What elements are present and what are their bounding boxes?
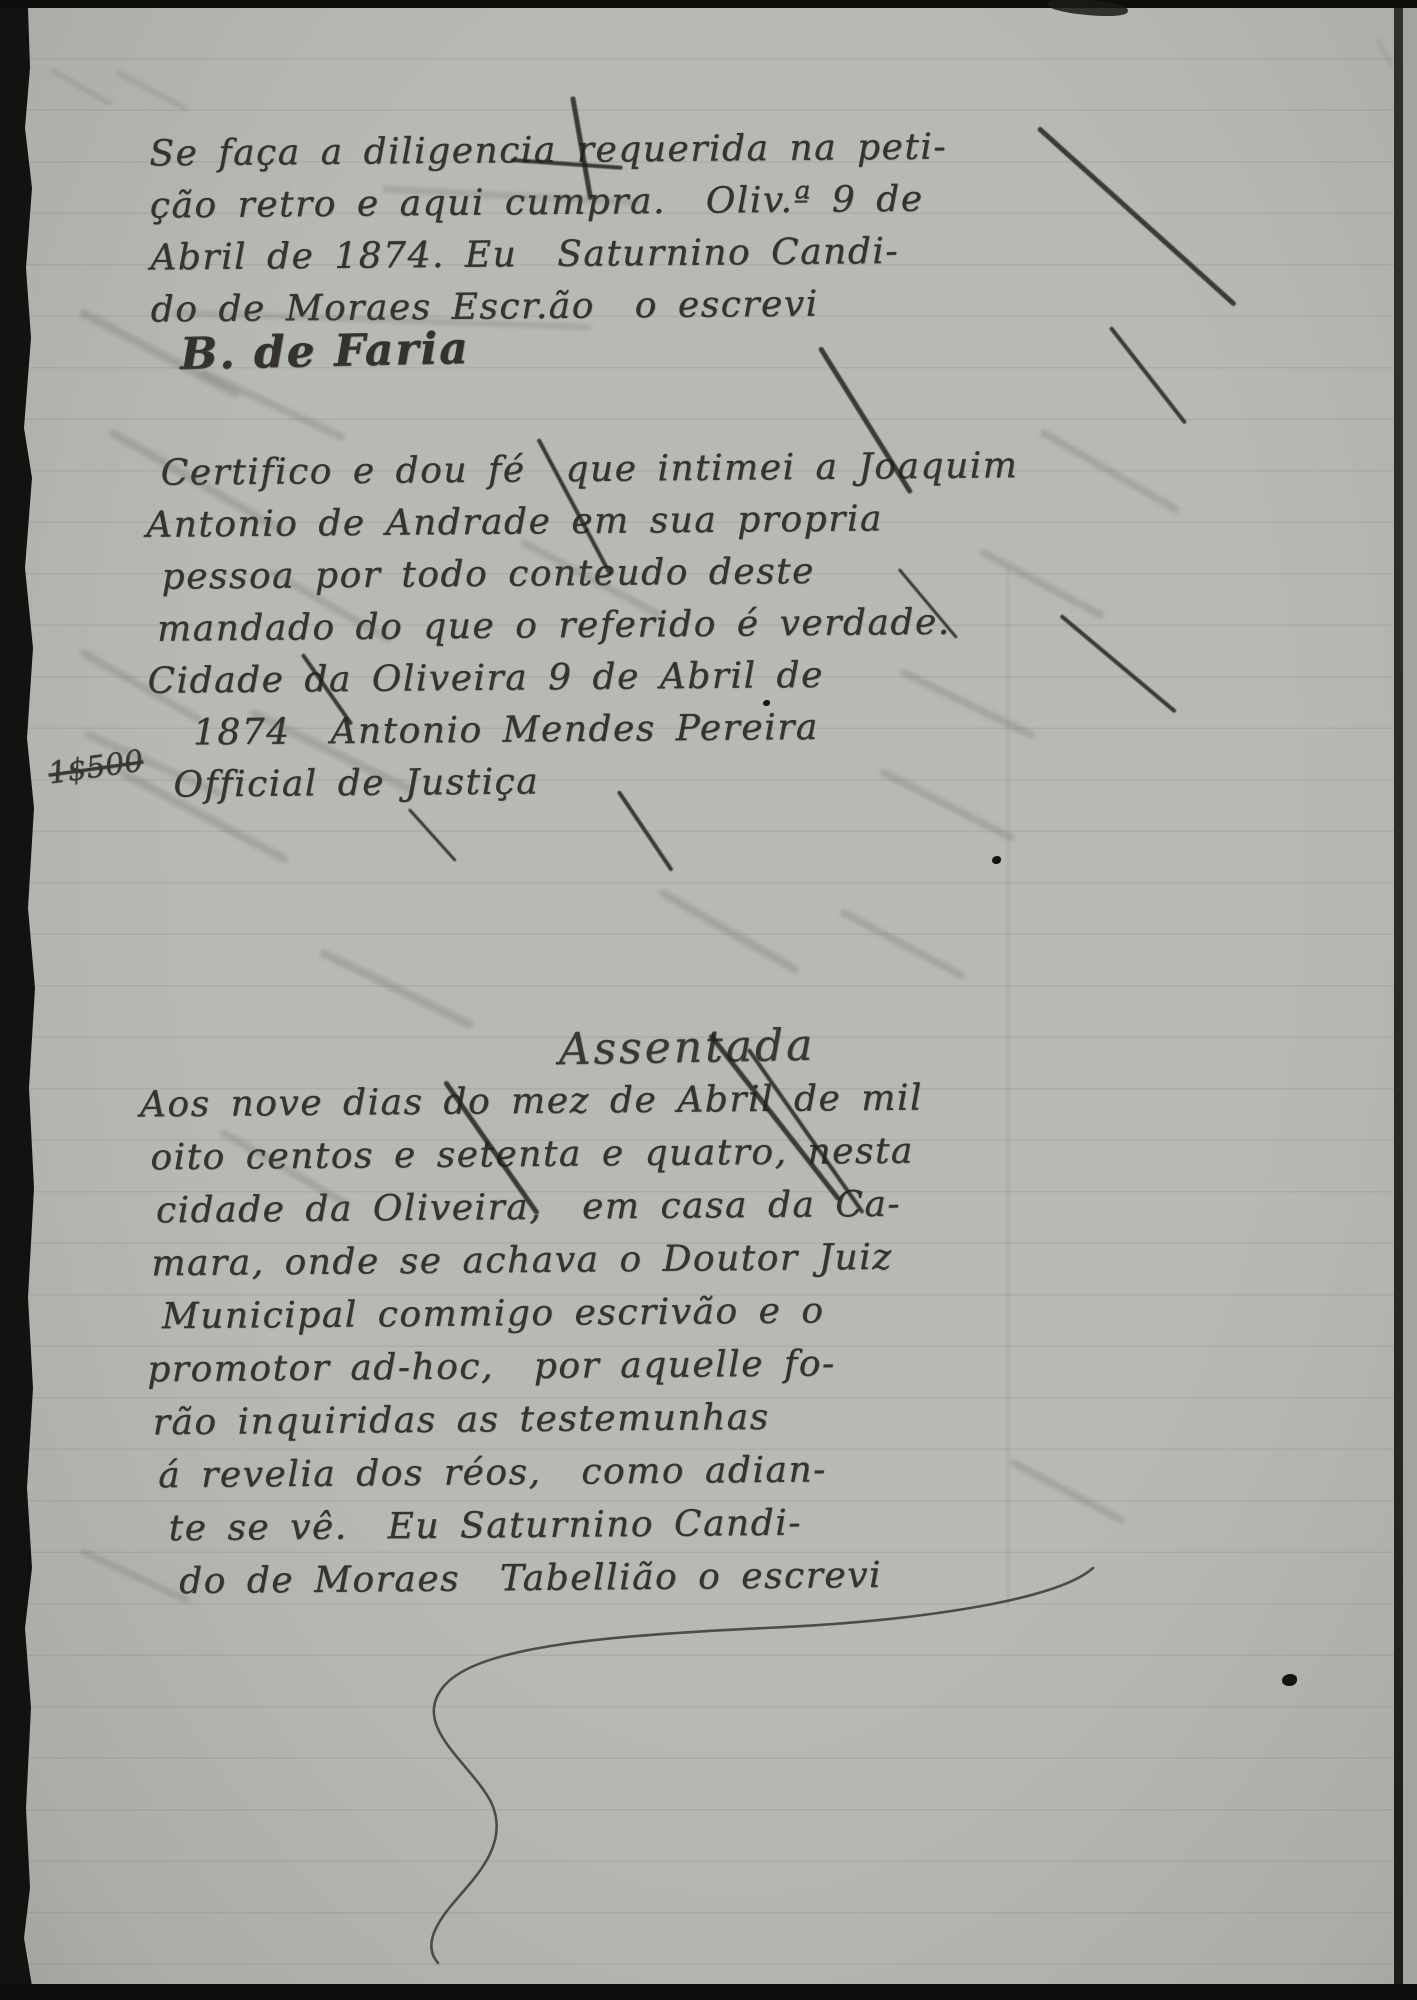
next-page-edge <box>1403 8 1417 1986</box>
ink-blot <box>1282 1674 1297 1686</box>
scan-background: Se faça a diligencia requerida na peti- … <box>0 0 1417 2000</box>
handwritten-line: Abril de 1874. Eu Saturnino Candi- <box>150 226 948 285</box>
handwritten-line: Aos nove dias do mez de Abril de mil <box>135 1072 923 1132</box>
scan-edge-top <box>0 0 1417 8</box>
bleed-through-stroke <box>1009 1458 1127 1525</box>
ink-stroke <box>1109 326 1187 425</box>
bleed-through-stroke <box>50 68 113 106</box>
handwritten-line: Cidade da Oliveira 9 de Abril de <box>147 648 1020 708</box>
ink-stroke <box>1037 126 1237 307</box>
bleed-through-stroke <box>199 368 347 442</box>
handwritten-line: Certifico e dou fé que intimei a Joaquim <box>145 440 1018 500</box>
ink-stroke <box>408 808 457 862</box>
ink-blot <box>992 856 1001 864</box>
handwritten-line: promotor ad-hoc, por aquelle fo- <box>137 1337 925 1397</box>
page-gutter-seam <box>1394 8 1403 1986</box>
handwritten-line: Se faça a diligencia requerida na peti- <box>149 122 947 181</box>
ink-blot <box>763 700 770 706</box>
scan-edge-bottom <box>0 1984 1417 2000</box>
document-page: Se faça a diligencia requerida na peti- … <box>22 8 1394 1986</box>
handwritten-line: te se vê. Eu Saturnino Candi- <box>138 1496 926 1556</box>
handwritten-line: ção retro e aqui cumpra. Oliv.ª 9 de <box>150 174 948 233</box>
handwritten-line: Municipal commigo escrivão e o <box>137 1284 925 1344</box>
bleed-through-stroke <box>115 70 188 111</box>
certificate-paragraph: Certifico e dou fé que intimei a Joaquim… <box>145 440 1021 812</box>
handwritten-line: do de Moraes Tabellião o escrevi <box>139 1549 927 1609</box>
handwritten-line: mandado do que o referido é verdade. <box>147 596 1020 656</box>
bleed-through-stroke <box>1375 38 1394 67</box>
handwritten-line: á revelia dos réos, como adian- <box>138 1443 926 1503</box>
section-heading: Assentada <box>452 1016 923 1080</box>
dispatch-paragraph: Se faça a diligencia requerida na peti- … <box>149 122 948 337</box>
bleed-through-stroke <box>1039 428 1181 514</box>
ink-stroke <box>1059 614 1176 713</box>
bleed-through-stroke <box>839 908 966 980</box>
bleed-through-stroke <box>318 948 474 1030</box>
handwritten-line: Official de Justiça <box>148 752 1021 812</box>
handwritten-line: rão inquiridas as testemunhas <box>137 1390 925 1450</box>
judge-signature: B. de Faria <box>179 323 470 381</box>
handwritten-line: mara, onde se achava o Doutor Juiz <box>136 1231 924 1291</box>
bleed-through-stroke <box>658 888 801 975</box>
